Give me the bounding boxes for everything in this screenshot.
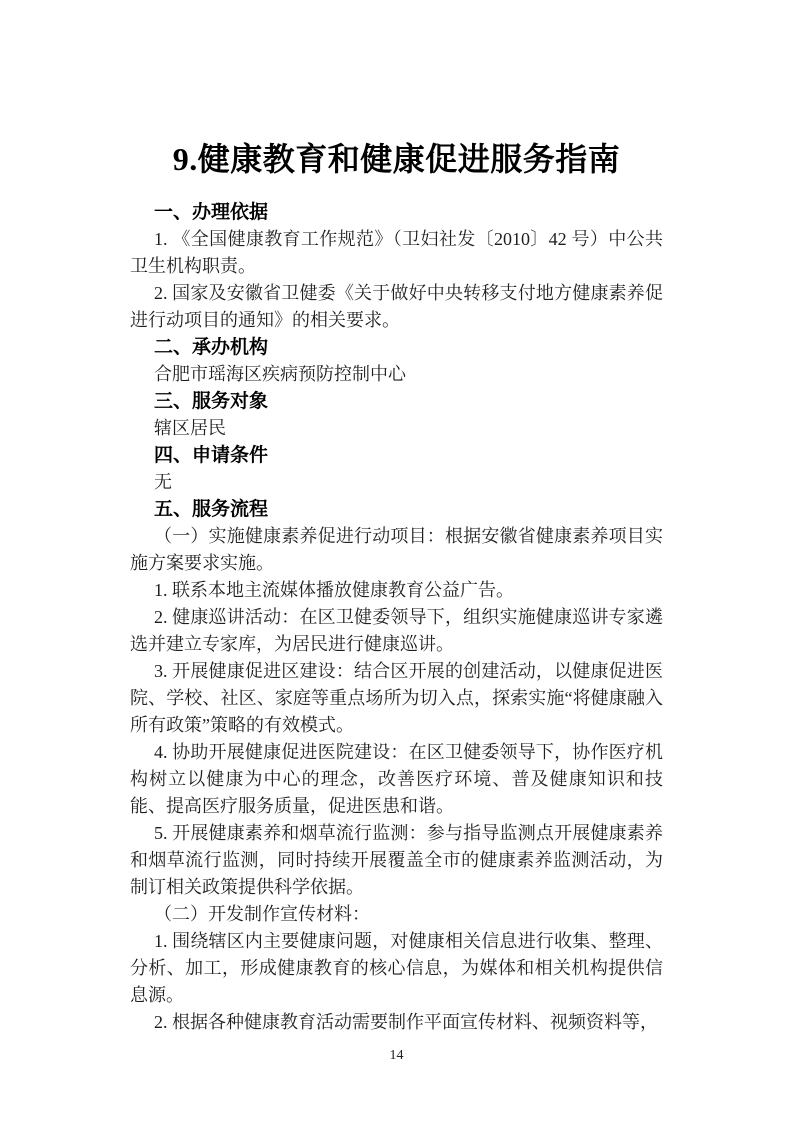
paragraph: 4. 协助开展健康促进医院建设：在区卫健委领导下，协作医疗机构树立以健康为中心的… bbox=[130, 739, 663, 820]
paragraph: （二）开发制作宣传材料： bbox=[130, 901, 663, 928]
section-heading: 二、承办机构 bbox=[130, 334, 663, 361]
page-title: 9.健康教育和健康促进服务指南 bbox=[130, 141, 663, 178]
paragraph: 5. 开展健康素养和烟草流行监测：参与指导监测点开展健康素养和烟草流行监测，同时… bbox=[130, 820, 663, 901]
section-heading: 五、服务流程 bbox=[130, 496, 663, 523]
paragraph: 1. 联系本地主流媒体播放健康教育公益广告。 bbox=[130, 577, 663, 604]
paragraph: 2. 根据各种健康教育活动需要制作平面宣传材料、视频资料等， bbox=[130, 1009, 663, 1036]
paragraph: 无 bbox=[130, 469, 663, 496]
paragraph: 2. 国家及安徽省卫健委《关于做好中央转移支付地方健康素养促进行动项目的通知》的… bbox=[130, 280, 663, 334]
paragraph: 合肥市瑶海区疾病预防控制中心 bbox=[130, 361, 663, 388]
paragraph: 1. 《全国健康教育工作规范》（卫妇社发〔2010〕42 号）中公共卫生机构职责… bbox=[130, 226, 663, 280]
paragraph: 3. 开展健康促进区建设：结合区开展的创建活动，以健康促进医院、学校、社区、家庭… bbox=[130, 658, 663, 739]
page-footer: 14 bbox=[0, 1046, 793, 1064]
paragraph: 辖区居民 bbox=[130, 415, 663, 442]
page-number: 14 bbox=[390, 1048, 404, 1063]
document-body: 一、办理依据1. 《全国健康教育工作规范》（卫妇社发〔2010〕42 号）中公共… bbox=[130, 199, 663, 1036]
paragraph: 2. 健康巡讲活动：在区卫健委领导下，组织实施健康巡讲专家遴选并建立专家库，为居… bbox=[130, 604, 663, 658]
paragraph: （一）实施健康素养促进行动项目：根据安徽省健康素养项目实施方案要求实施。 bbox=[130, 523, 663, 577]
section-heading: 一、办理依据 bbox=[130, 199, 663, 226]
section-heading: 四、申请条件 bbox=[130, 442, 663, 469]
document-page: 9.健康教育和健康促进服务指南 一、办理依据1. 《全国健康教育工作规范》（卫妇… bbox=[0, 0, 793, 1122]
paragraph: 1. 围绕辖区内主要健康问题，对健康相关信息进行收集、整理、分析、加工，形成健康… bbox=[130, 928, 663, 1009]
section-heading: 三、服务对象 bbox=[130, 388, 663, 415]
